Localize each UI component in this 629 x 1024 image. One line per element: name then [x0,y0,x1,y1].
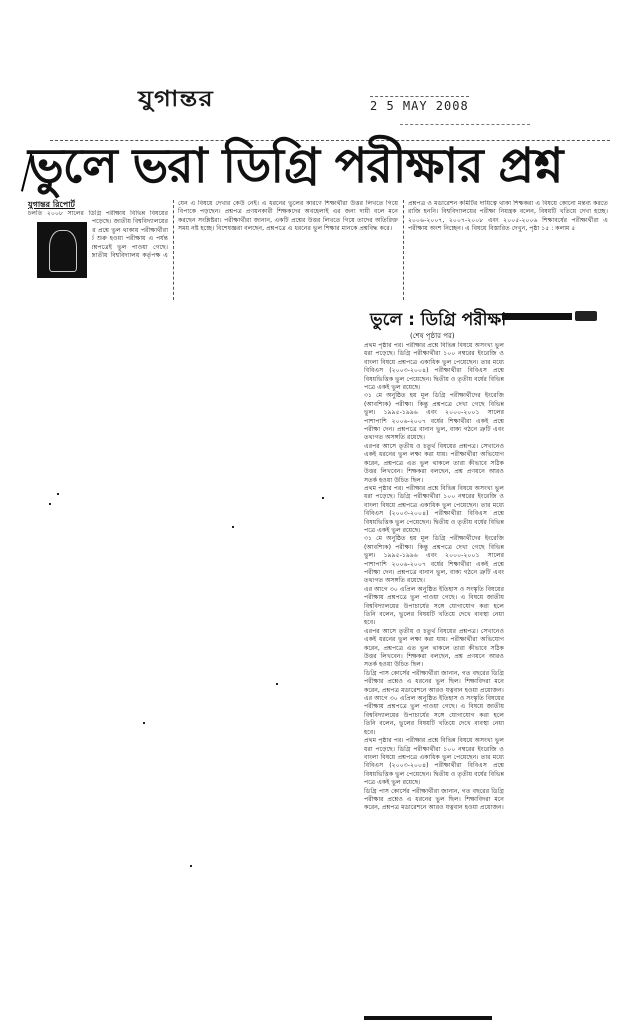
continuation-paragraph: এরপর আসে তৃতীয় ও চতুর্থ বিষয়ের প্রশ্নপ… [364,443,504,485]
photo-figure-front [49,230,77,272]
article-photo-front [37,222,87,278]
continuation-paragraph: প্রথম পৃষ্ঠার পর। পরীক্ষার প্রশ্নে বিভিন… [364,737,504,787]
column-3-text: প্রশ্নপত্র ও মডারেশন কমিটির দায়িত্বে থা… [408,200,608,234]
stamp-mark [400,124,530,126]
scan-speck [49,503,51,505]
continuation-paragraph: প্রথম পৃষ্ঠার পর। পরীক্ষার প্রশ্নে বিভিন… [364,485,504,535]
continuation-body: প্রথম পৃষ্ঠার পর। পরীক্ষার প্রশ্নে বিভিন… [364,342,504,1014]
newspaper-masthead: যুগান্তর [138,81,214,118]
scan-speck [322,497,324,499]
article-column-3: প্রশ্নপত্র ও মডারেশন কমিটির দায়িত্বে থা… [408,200,608,300]
article-column-2: যেন এ বিষয়ে দেখার কেউ নেই। এ ধরনের ভুলে… [178,200,398,300]
redaction-bar [502,313,572,320]
continuation-paragraph: ডিগ্রি পাস কোর্সের পরীক্ষার্থীরা জানান, … [364,788,504,813]
continuation-paragraph: প্রথম পৃষ্ঠার পর। পরীক্ষার প্রশ্নে বিভিন… [364,342,504,392]
bottom-rule [364,1016,492,1020]
column-2-text: যেন এ বিষয়ে দেখার কেউ নেই। এ ধরনের ভুলে… [178,200,398,234]
redaction-mark [575,311,597,321]
column-divider [403,200,404,300]
continuation-subtitle: (শেষ পৃষ্ঠার পর) [410,330,455,342]
date-stamp: 2 5 MAY 2008 [370,96,469,113]
continuation-paragraph: ৩১ মে অনুষ্ঠিত হয় মূল ডিগ্রি পরীক্ষার্থ… [364,535,504,585]
column-divider [173,200,174,300]
continuation-paragraph: এর আগে ৩০ এপ্রিল অনুষ্ঠিত ইতিহাস ও সংস্ক… [364,586,504,628]
article-headline: ভুলে ভরা ডিগ্রি পরীক্ষার প্রশ্ন [28,136,562,196]
scan-speck [57,493,59,495]
continuation-paragraph: ৩১ মে অনুষ্ঠিত হয় মূল ডিগ্রি পরীক্ষার্থ… [364,392,504,442]
continuation-paragraph: এরপর আসে তৃতীয় ও চতুর্থ বিষয়ের প্রশ্নপ… [364,628,504,670]
scan-speck [190,865,192,867]
continuation-paragraph: এর আগে ৩০ এপ্রিল অনুষ্ঠিত ইতিহাস ও সংস্ক… [364,695,504,737]
scan-speck [232,526,234,528]
continuation-paragraph: ডিগ্রি পাস কোর্সের পরীক্ষার্থীরা জানান, … [364,670,504,695]
scan-speck [276,683,278,685]
scan-speck [143,722,145,724]
